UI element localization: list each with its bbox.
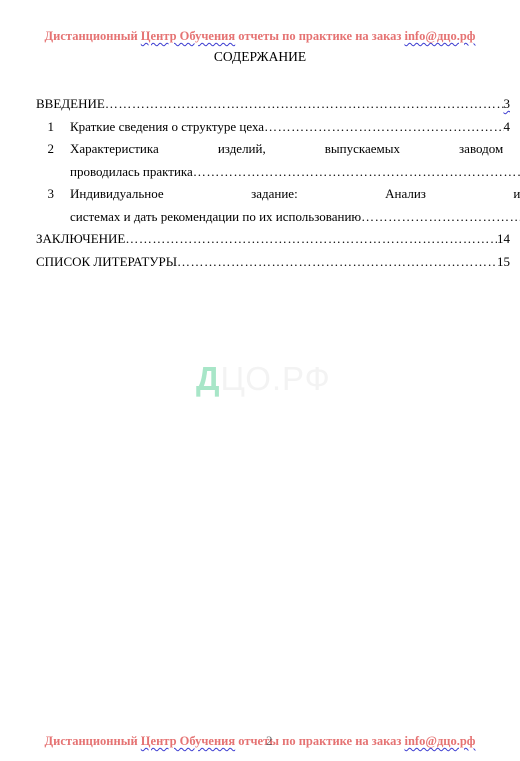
toc-entry-label-line1: Характеристика изделий, выпускаемых заво… — [70, 138, 520, 161]
toc-entry-number: 1 — [36, 116, 70, 139]
center-watermark-logo: ДЦО.РФ — [196, 360, 331, 398]
page-number: 2 — [266, 733, 273, 749]
toc-entry-label: ЗАКЛЮЧЕНИЕ — [36, 228, 125, 251]
toc-entry-number: 3 — [36, 183, 70, 228]
table-of-contents: ВВЕДЕНИЕ 3 1 Краткие сведения о структур… — [36, 93, 510, 273]
toc-leader-dots — [105, 93, 504, 116]
watermark-text: Дистанционный — [45, 734, 141, 748]
watermark-email: info@дцо.рф — [404, 734, 475, 748]
toc-entry-2[interactable]: 2 Характеристика изделий, выпускаемых за… — [36, 138, 510, 183]
watermark-logo-letter: Д — [196, 360, 221, 397]
watermark-text-underlined: Центр Обучения — [141, 29, 235, 43]
toc-entry-label-line2: системах и дать рекомендации по их испол… — [70, 206, 361, 229]
toc-entry-page: 3 — [504, 93, 511, 116]
toc-entry-number: 2 — [36, 138, 70, 183]
toc-entry-label: СПИСОК ЛИТЕРАТУРЫ — [36, 251, 177, 274]
toc-entry-page: 15 — [497, 251, 510, 274]
toc-entry-page: 4 — [504, 116, 511, 139]
watermark-text-underlined: Центр Обучения — [141, 734, 235, 748]
footer-watermark: Дистанционный Центр Обучения отчеты по п… — [0, 734, 520, 749]
toc-leader-dots — [264, 116, 503, 139]
header-watermark: Дистанционный Центр Обучения отчеты по п… — [0, 29, 520, 44]
toc-entry-1[interactable]: 1 Краткие сведения о структуре цеха 4 — [36, 116, 510, 139]
toc-title: СОДЕРЖАНИЕ — [0, 49, 520, 65]
toc-leader-dots — [177, 251, 497, 274]
toc-leader-dots — [361, 206, 520, 229]
toc-leader-dots — [125, 228, 497, 251]
toc-entry-conclusion[interactable]: ЗАКЛЮЧЕНИЕ 14 — [36, 228, 510, 251]
toc-entry-references[interactable]: СПИСОК ЛИТЕРАТУРЫ 15 — [36, 251, 510, 274]
toc-entry-label: ВВЕДЕНИЕ — [36, 93, 105, 116]
toc-entry-3[interactable]: 3 Индивидуальное задание: Анализ использ… — [36, 183, 510, 228]
toc-entry-label-line1: Индивидуальное задание: Анализ использов… — [70, 183, 520, 206]
toc-entry-label: Краткие сведения о структуре цеха — [70, 116, 264, 139]
watermark-logo-text: ЦО.РФ — [221, 360, 331, 397]
watermark-text: отчеты по практике на заказ — [235, 29, 404, 43]
watermark-text: отчеты по практике на заказ — [235, 734, 404, 748]
toc-entry-page: 14 — [497, 228, 510, 251]
toc-leader-dots — [193, 161, 520, 184]
watermark-text: Дистанционный — [45, 29, 141, 43]
toc-entry-label-line2: проводилась практика — [70, 161, 193, 184]
watermark-email: info@дцо.рф — [404, 29, 475, 43]
toc-entry-introduction[interactable]: ВВЕДЕНИЕ 3 — [36, 93, 510, 116]
